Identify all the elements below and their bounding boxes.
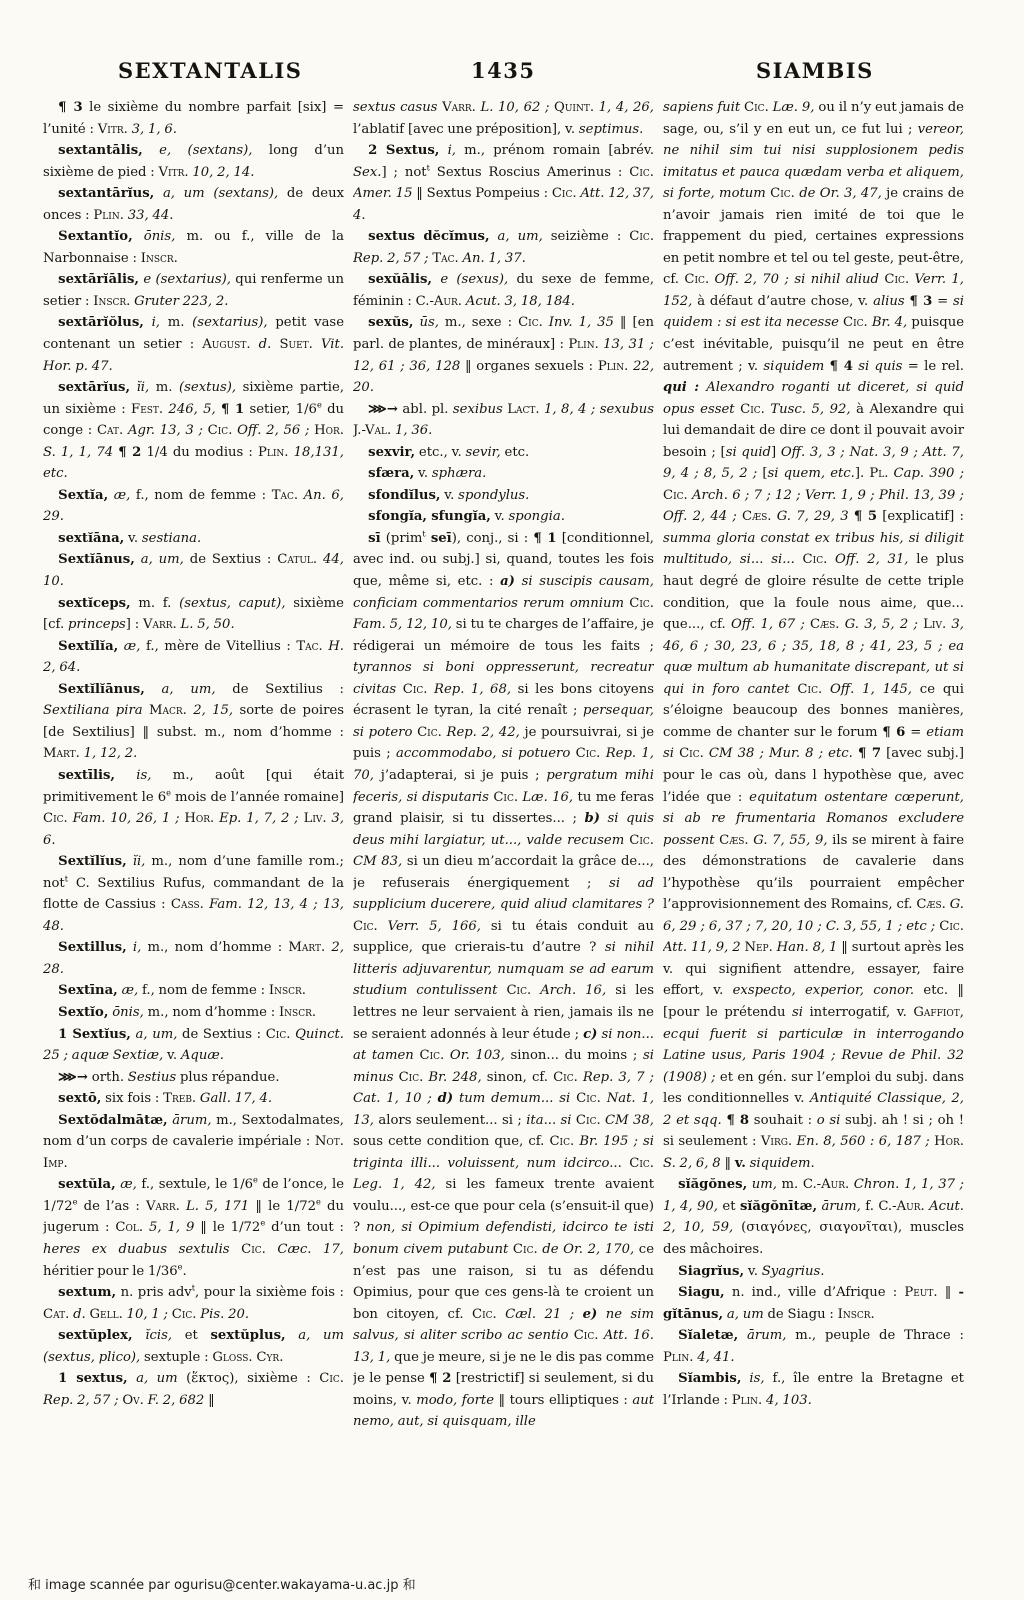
dictionary-entry: sĭăgŏnes, um, m. C.-Aur. Chron. 1, 1, 37… xyxy=(663,1174,964,1260)
dictionary-entry: 1 sextus, a, um (ἕκτος), sixième : Cic. … xyxy=(43,1368,344,1411)
dictionary-entry: Sĭaletæ, ārum, m., peuple de Thrace : Pl… xyxy=(663,1325,964,1368)
dictionary-entry: sextĭāna, v. sestiana. xyxy=(43,528,344,550)
dictionary-entry: Siagrĭus, v. Syagrius. xyxy=(663,1261,964,1283)
dictionary-entry: sextārĭus, ĭi, m. (sextus), sixième part… xyxy=(43,377,344,485)
dictionary-entry: Sĭambis, is, f., île entre la Bretagne e… xyxy=(663,1368,964,1411)
dictionary-entry: sapiens fuit Cic. Læ. 9, ou il n’y eut j… xyxy=(663,97,964,1174)
dictionary-entry: sexvir, etc., v. sevir, etc. xyxy=(353,442,654,464)
dictionary-entry: sextum, n. pris advt, pour la sixième fo… xyxy=(43,1282,344,1325)
dictionary-entry: sfongĭa, sfungĭa, v. spongia. xyxy=(353,506,654,528)
dictionary-entry: sextŭplex, ĭcis, et sextŭplus, a, um (se… xyxy=(43,1325,344,1368)
dictionary-entry: sextō, six fois : Treb. Gall. 17, 4. xyxy=(43,1088,344,1110)
header-keyword-right: SIAMBIS xyxy=(756,58,874,83)
scan-credit: 和 image scannée par ogurisu@center.wakay… xyxy=(28,1574,416,1593)
dictionary-entry: Sextĭānus, a, um, de Sextius : Catul. 44… xyxy=(43,549,344,592)
dictionary-entry: sexŭs, ūs, m., sexe : Cic. Inv. 1, 35 ‖ … xyxy=(353,312,654,398)
page-number: 1435 xyxy=(471,58,535,83)
dictionary-entry: ⋙→ orth. Sestius plus répandue. xyxy=(43,1067,344,1089)
dictionary-entry: sexŭālis, e (sexus), du sexe de femme, f… xyxy=(353,269,654,312)
dictionary-entry: sextārĭālis, e (sextarius), qui renferme… xyxy=(43,269,344,312)
dictionary-entry: sfondĭlus, v. spondylus. xyxy=(353,485,654,507)
dictionary-entry: 2 Sextus, i, m., prénom romain [abrév. S… xyxy=(353,140,654,226)
dictionary-entry: Sextĭlĭa, æ, f., mère de Vitellius : Tac… xyxy=(43,636,344,679)
dictionary-entry: Sextillus, i, m., nom d’homme : Mart. 2,… xyxy=(43,937,344,980)
dictionary-entry: sī (primt seī), conj., si : ¶ 1 [conditi… xyxy=(353,528,654,1433)
dictionary-entry: sextantālis, e, (sextans), long d’un six… xyxy=(43,140,344,183)
dictionary-entry: sextŭla, æ, f., sextule, le 1/6e de l’on… xyxy=(43,1174,344,1282)
dictionary-entry: Siagu, n. ind., ville d’Afrique : Peut. … xyxy=(663,1282,964,1325)
dictionary-entry: 1 Sextĭus, a, um, de Sextius : Cic. Quin… xyxy=(43,1024,344,1067)
dictionary-entry: Sextĭlĭus, ĭi, m., nom d’une famille rom… xyxy=(43,851,344,937)
column-right: sapiens fuit Cic. Læ. 9, ou il n’y eut j… xyxy=(663,97,964,1569)
column-middle: sextus casus Varr. L. 10, 62 ; Quint. 1,… xyxy=(353,97,654,1569)
dictionary-entry: Sextīna, æ, f., nom de femme : Inscr. xyxy=(43,980,344,1002)
dictionary-entry: sextīlis, is, m., août [qui était primit… xyxy=(43,765,344,851)
dictionary-entry: sextārĭŏlus, i, m. (sextarius), petit va… xyxy=(43,312,344,377)
dictionary-entry: Sextantĭo, ōnis, m. ou f., ville de la N… xyxy=(43,226,344,269)
dictionary-entry: Sextŏdalmātæ, ārum, m., Sextodalmates, n… xyxy=(43,1110,344,1175)
dictionary-entry: Sextĭo, ōnis, m., nom d’homme : Inscr. xyxy=(43,1002,344,1024)
dictionary-entry: sfæra, v. sphæra. xyxy=(353,463,654,485)
column-left: ¶ 3 le sixième du nombre parfait [six] =… xyxy=(43,97,344,1569)
dictionary-entry: sextus casus Varr. L. 10, 62 ; Quint. 1,… xyxy=(353,97,654,140)
dictionary-page: SEXTANTALIS 1435 SIAMBIS ¶ 3 le sixième … xyxy=(0,0,1024,1600)
text-columns: ¶ 3 le sixième du nombre parfait [six] =… xyxy=(43,97,964,1569)
header-keyword-left: SEXTANTALIS xyxy=(118,58,302,83)
dictionary-entry: sextus dĕcĭmus, a, um, seizième : Cic. R… xyxy=(353,226,654,269)
dictionary-entry: ¶ 3 le sixième du nombre parfait [six] =… xyxy=(43,97,344,140)
dictionary-entry: sextĭceps, m. f. (sextus, caput), sixièm… xyxy=(43,593,344,636)
dictionary-entry: Sextĭa, æ, f., nom de femme : Tac. An. 6… xyxy=(43,485,344,528)
dictionary-entry: Sextĭlĭānus, a, um, de Sextilius : Sexti… xyxy=(43,679,344,765)
dictionary-entry: ⋙→ abl. pl. sexibus Lact. 1, 8, 4 ; sexu… xyxy=(353,399,654,442)
dictionary-entry: sextantārĭus, a, um (sextans), de deux o… xyxy=(43,183,344,226)
